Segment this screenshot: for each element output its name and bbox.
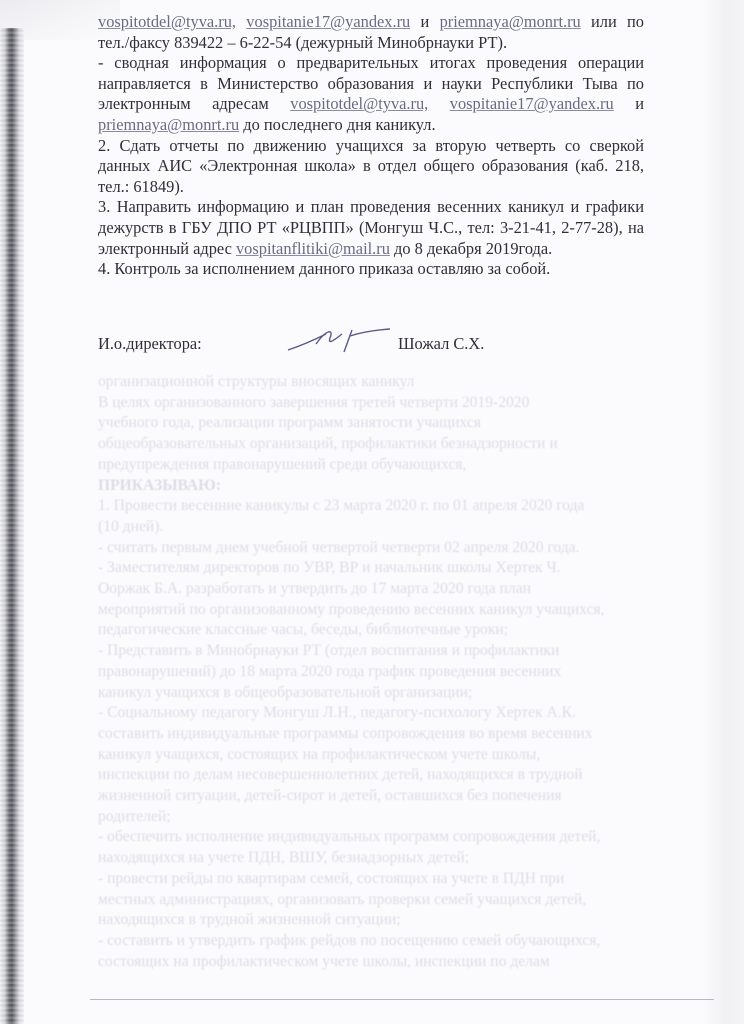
bleed-through-line: Ооржак Б.А. разработать и утвердить до 1… [98,579,658,600]
signatory-title: И.о.директора: [98,334,202,354]
paragraph-item-3: 3. Направить информацию и план проведени… [98,197,644,259]
bleed-through-line: предупреждения правонарушений среди обуч… [98,455,658,476]
email-link[interactable]: priemnaya@monrt.ru [98,115,239,134]
bleed-through-line: состоящих на профилактическом учете школ… [98,952,658,973]
bleed-through-line: В целях организованного завершения трете… [98,393,658,414]
paragraph-contacts-line: vospitotdel@tyva.ru, vospitanie17@yandex… [98,12,644,53]
bleed-through-line: правонарушений) до 18 марта 2020 года гр… [98,662,658,683]
bleed-through-line: педагогические классные часы, беседы, би… [98,620,658,641]
bleed-through-line: ПРИКАЗЫВАЮ: [98,476,658,497]
paragraph-text [428,94,450,113]
email-link[interactable]: vospitotdel@tyva.ru, [290,94,428,113]
email-link[interactable]: vospitanie17@yandex.ru [246,12,410,31]
bleed-through-line: инспекции по делам несовершеннолетних де… [98,765,658,786]
bleed-through-line: - провести рейды по квартирам семей, сос… [98,869,658,890]
bleed-through-line: - Представить в Минобрнауки РТ (отдел во… [98,641,658,662]
handwritten-signature-icon [286,324,396,354]
bleed-through-line: (10 дней). [98,517,658,538]
paragraph-item-4: 4. Контроль за исполнением данного прика… [98,259,644,280]
bleed-through-line: каникул учащихся, состоящих на профилакт… [98,745,658,766]
page-right-edge [704,0,744,1024]
bleed-through-line: составить индивидуальные программы сопро… [98,724,658,745]
email-link[interactable]: priemnaya@monrt.ru [440,12,581,31]
page-bottom-rule [90,999,714,1000]
paragraph-text [236,12,246,31]
bleed-through-text: организационной структуры вносящих каник… [98,372,658,972]
signatory-name: Шожал С.Х. [398,334,484,354]
paragraph-text: и [410,12,439,31]
bleed-through-line: находящихся в трудной жизненной ситуации… [98,910,658,931]
bleed-through-line: находящихся на учете ПДН, ВШУ, безнадзор… [98,848,658,869]
bleed-through-line: жизненной ситуации, детей-сирот и детей,… [98,786,658,807]
paragraph-text: 4. Контроль за исполнением данного прика… [98,259,550,278]
bleed-through-line: - обеспечить исполнение индивидуальных п… [98,827,658,848]
paragraph-item-2: 2. Сдать отчеты по движению учащихся за … [98,136,644,198]
paragraph-text: до 8 декабря 2019года. [390,239,552,258]
bleed-through-line: общеобразовательных организаций, профила… [98,434,658,455]
document-body: vospitotdel@tyva.ru, vospitanie17@yandex… [98,12,644,280]
paragraph-text: и [614,94,644,113]
bleed-through-line: родителей; [98,807,658,828]
email-link[interactable]: vospitotdel@tyva.ru, [98,12,236,31]
bleed-through-line: каникул учащихся в общеобразовательной о… [98,683,658,704]
signature-block: И.о.директора: Шожал С.Х. [98,328,644,358]
bleed-through-line: учебного года, реализации программ занят… [98,413,658,434]
bleed-through-line: 1. Провести весенние каникулы с 23 марта… [98,496,658,517]
bleed-through-line: - считать первым днем учебной четвертой … [98,538,658,559]
paragraph-summary-info: - сводная информация о предварительных и… [98,53,644,135]
paragraph-text: 2. Сдать отчеты по движению учащихся за … [98,136,644,196]
bleed-through-line: - составить и утвердить график рейдов по… [98,931,658,952]
email-link[interactable]: vospitanie17@yandex.ru [450,94,614,113]
paragraph-text: до последнего дня каникул. [239,115,435,134]
bleed-through-line: - Заместителям директоров по УВР, ВР и н… [98,558,658,579]
bleed-through-line: организационной структуры вносящих каник… [98,372,658,393]
email-link[interactable]: vospitanflitiki@mail.ru [236,239,390,258]
scanner-edge-shadow [0,28,24,1024]
bleed-through-line: местных администрациях, организовать про… [98,890,658,911]
bleed-through-line: мероприятий по организованному проведени… [98,600,658,621]
bleed-through-line: - Социальному педагогу Монгуш Л.Н., педа… [98,703,658,724]
